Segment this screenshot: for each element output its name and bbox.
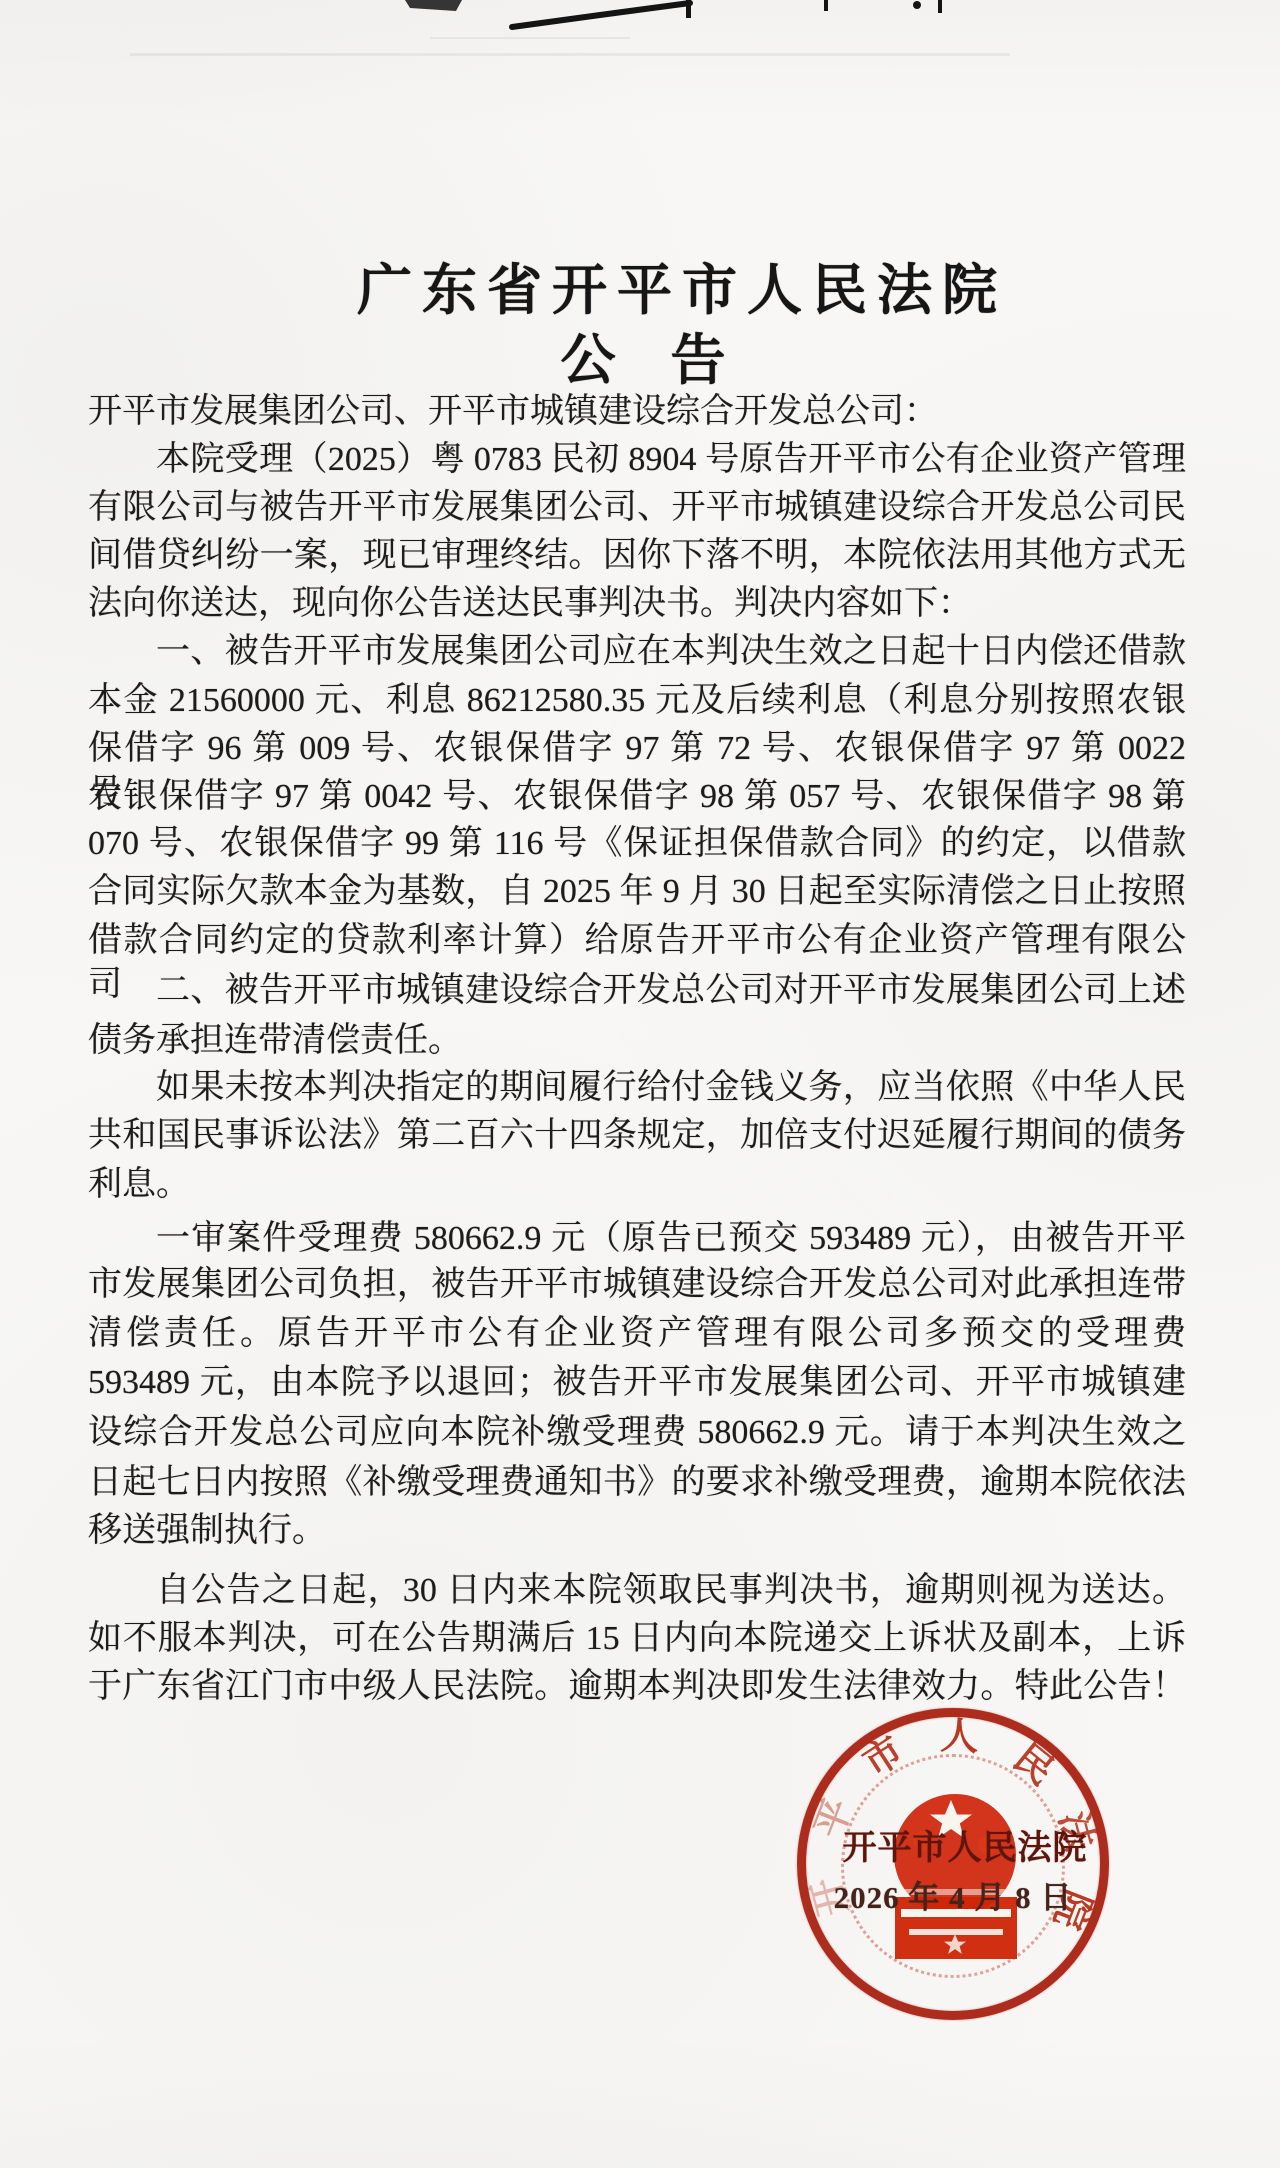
seal-arc-char: 市	[853, 1727, 914, 1788]
body-line: 一审案件受理费 580662.9 元（原告已预交 593489 元），由被告开平	[88, 1217, 1186, 1266]
seal-date: 2026 年 4 月 8 日	[797, 1872, 1109, 1917]
scan-artifact	[130, 53, 1010, 56]
seal-arc-char: 民	[1002, 1734, 1064, 1796]
body-line: 移送强制执行。	[88, 1509, 1186, 1558]
body-line: 一、被告开平市发展集团公司应在本判决生效之日起十日内偿还借款	[88, 630, 1186, 679]
body-line: 借款合同约定的贷款利率计算）给原告开平市公有企业资产管理有限公司；	[88, 919, 1186, 968]
scan-artifact	[405, 0, 462, 11]
scan-artifact	[913, 1, 921, 9]
body-line: 保借字 96 第 009 号、农银保借字 97 第 72 号、农银保借字 97 …	[88, 727, 1186, 776]
body-line: 清偿责任。原告开平市公有企业资产管理有限公司多预交的受理费	[88, 1312, 1186, 1361]
body-line: 债务承担连带清偿责任。	[88, 1019, 1186, 1068]
body-line: 自公告之日起，30 日内来本院领取民事判决书，逾期则视为送达。	[88, 1569, 1186, 1618]
body-line: 市发展集团公司负担，被告开平市城镇建设综合开发总公司对此承担连带	[88, 1263, 1186, 1312]
scan-artifact	[686, 0, 691, 18]
body-line: 593489 元，由本院予以退回；被告开平市发展集团公司、开平市城镇建	[88, 1361, 1186, 1410]
body-line: 于广东省江门市中级人民法院。逾期本判决即发生法律效力。特此公告！	[88, 1665, 1186, 1714]
seal-court-name: 开平市人民法院	[809, 1820, 1121, 1869]
body-line: 如果未按本判决指定的期间履行给付金钱义务，应当依照《中华人民	[88, 1066, 1186, 1115]
body-line: 070 号、农银保借字 99 第 116 号《保证担保借款合同》的约定，以借款	[88, 822, 1186, 871]
scan-artifact	[938, 0, 942, 13]
body-line: 本金 21560000 元、利息 86212580.35 元及后续利息（利息分别…	[88, 679, 1186, 728]
body-line: 设综合开发总公司应向本院补缴受理费 580662.9 元。请于本判决生效之	[88, 1411, 1186, 1460]
body-line: 利息。	[88, 1163, 1186, 1212]
body-line: 二、被告开平市城镇建设综合开发总公司对开平市发展集团公司上述	[88, 969, 1186, 1018]
body-line: 有限公司与被告开平市发展集团公司、开平市城镇建设综合开发总公司民	[88, 486, 1186, 535]
notice-subtitle: 公 告	[3, 316, 1280, 378]
seal-arc-char: 人	[937, 1714, 983, 1760]
body-line: 间借贷纠纷一案，现已审理终结。因你下落不明，本院依法用其他方式无	[88, 534, 1186, 583]
body-line: 如不服本判决，可在公告期满后 15 日内向本院递交上诉状及副本，上诉	[88, 1617, 1186, 1666]
body-line: 合同实际欠款本金为基数，自 2025 年 9 月 30 日起至实际清偿之日止按照	[88, 870, 1186, 919]
body-line: 法向你送达，现向你公告送达民事判决书。判决内容如下：	[88, 582, 1186, 631]
body-line: 农银保借字 97 第 0042 号、农银保借字 98 第 057 号、农银保借字…	[88, 775, 1186, 824]
scan-artifact	[512, 3, 690, 27]
scan-artifact-marks	[0, 0, 1280, 70]
body-line: 本院受理（2025）粤 0783 民初 8904 号原告开平市公有企业资产管理	[88, 438, 1186, 487]
body-line: 共和国民事诉讼法》第二百六十四条规定，加倍支付迟延履行期间的债务	[88, 1114, 1186, 1163]
body-line: 日起七日内按照《补缴受理费通知书》的要求补缴受理费，逾期本院依法	[88, 1461, 1186, 1510]
court-title: 广东省开平市人民法院	[42, 246, 1280, 308]
scanned-court-notice-page: 广东省开平市人民法院 公 告 开平市发展集团公司、开平市城镇建设综合开发总公司：…	[0, 0, 1280, 2168]
scan-artifact	[824, 0, 828, 11]
scan-artifact	[430, 37, 630, 39]
body-line: 开平市发展集团公司、开平市城镇建设综合开发总公司：	[88, 390, 1186, 439]
